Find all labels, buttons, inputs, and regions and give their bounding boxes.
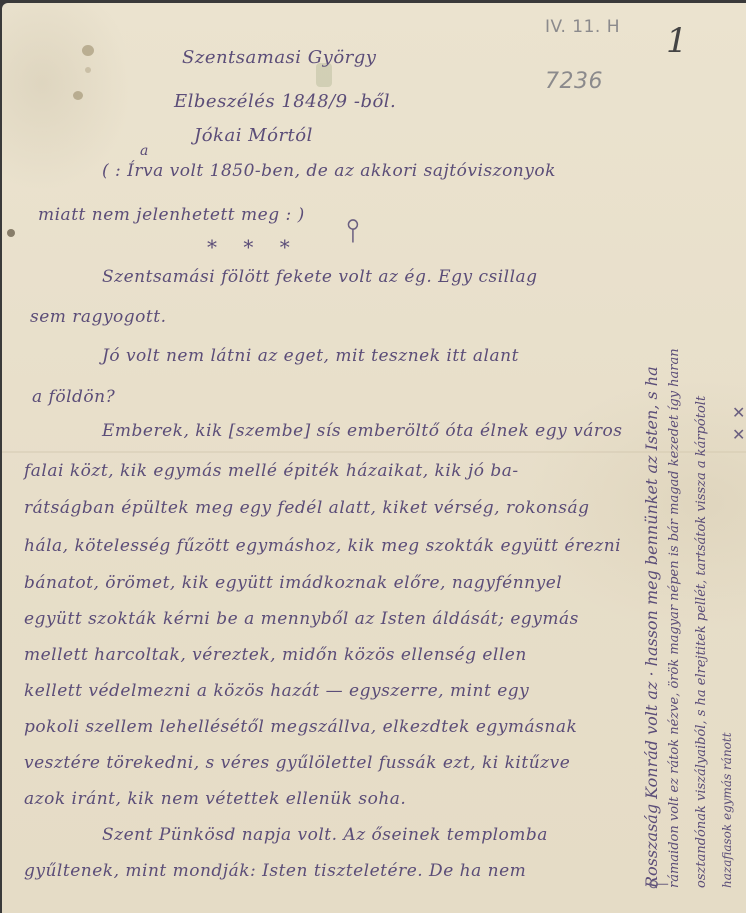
- heading-by-line: Jókai Mórtól: [194, 125, 313, 146]
- body-line: azok iránt, kik nem vétettek ellenük soh…: [24, 789, 406, 809]
- margin-cross-symbol: ⫯: [644, 879, 675, 890]
- parenthetical-note-line-1: ( : Írva volt 1850-ben, de az akkori saj…: [102, 161, 556, 181]
- body-line: rátságban épültek meg egy fedél alatt, k…: [24, 498, 590, 518]
- margin-asterisk: ✕: [732, 425, 745, 444]
- parenthetical-note-line-2: miatt nem jelenhetett meg : ): [38, 205, 305, 225]
- body-line: kellett védelmezni a közös hazát — egysz…: [24, 681, 529, 701]
- margin-asterisk: ✕: [732, 403, 745, 422]
- body-line: Emberek, kik [szembe] sís emberöltő óta …: [102, 421, 622, 441]
- body-line: bánatot, örömet, kik együtt imádkoznak e…: [24, 573, 562, 593]
- margin-note-vertical: osztandónak viszályaiból, s ha elrejtite…: [694, 396, 709, 888]
- body-line: együtt szokták kérni be a mennyből az Is…: [24, 609, 579, 629]
- stain-spot: [73, 91, 83, 100]
- body-line: vesztére törekedni, s véres gyűlölettel …: [24, 753, 570, 773]
- heading-author-line: Szentsamasi György: [182, 47, 376, 68]
- shelfmark: IV. 11. H: [545, 17, 620, 37]
- note-marker: a: [140, 143, 149, 159]
- body-line: falai közt, kik egymás mellé épiték háza…: [24, 461, 519, 481]
- stain-spot: [7, 229, 15, 237]
- stain-spot: [82, 45, 94, 56]
- margin-note-vertical: Rosszaság Konrád volt az · hasson meg be…: [642, 366, 661, 888]
- page-number: 1: [666, 21, 688, 61]
- cross-symbol: ⫯: [346, 211, 360, 250]
- body-line: sem ragyogott.: [30, 307, 166, 327]
- body-line: Jó volt nem látni az eget, mit tesznek i…: [102, 346, 519, 366]
- body-line: hála, kötelesség fűzött egymáshoz, kik m…: [24, 536, 621, 556]
- body-line: pokoli szellem lehellésétől megszállva, …: [24, 717, 577, 737]
- body-line: mellett harcoltak, véreztek, midőn közös…: [24, 645, 527, 665]
- body-line: Szent Pünkösd napja volt. Az őseinek tem…: [102, 825, 548, 845]
- margin-note-vertical: hazafiasok egymás ránott: [720, 732, 734, 888]
- manuscript-page: IV. 11. H 7236 1 Szentsamasi György Elbe…: [2, 3, 746, 913]
- inventory-number: 7236: [545, 69, 603, 94]
- section-divider: * * *: [207, 235, 300, 259]
- stain-spot: [85, 67, 91, 73]
- paper-fold-line: [2, 451, 746, 453]
- body-line: a földön?: [32, 387, 115, 407]
- heading-source-line: Elbeszélés 1848/9 -ből.: [174, 91, 396, 112]
- body-line: Szentsamási fölött fekete volt az ég. Eg…: [102, 267, 538, 287]
- body-line: gyűltenek, mint mondják: Isten tisztelet…: [24, 861, 526, 881]
- margin-note-vertical: rámaidon volt ez rátok nézve, örök magya…: [667, 348, 682, 888]
